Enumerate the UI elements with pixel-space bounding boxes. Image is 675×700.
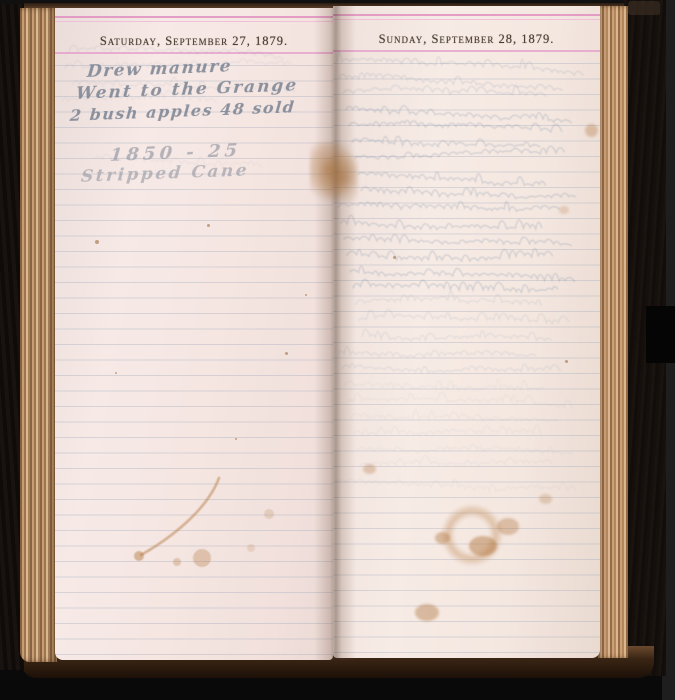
left-page: Saturday, September 27, 1879. Drew manur… xyxy=(55,8,333,660)
stain xyxy=(363,464,376,474)
page-stack-left xyxy=(20,8,57,662)
stain xyxy=(497,518,519,535)
stain xyxy=(539,494,552,504)
stain xyxy=(469,536,497,556)
page-stack-right xyxy=(598,6,628,658)
fox-spot xyxy=(115,372,117,374)
stain xyxy=(441,504,503,566)
fox-spot xyxy=(305,294,307,296)
diary-scan: Saturday, September 27, 1879. Drew manur… xyxy=(0,0,675,700)
book-cover-corner xyxy=(628,1,660,15)
fox-spot xyxy=(207,224,210,227)
stain xyxy=(559,206,569,214)
fox-spot xyxy=(565,360,568,363)
stain xyxy=(585,124,598,137)
stain-gutter xyxy=(310,142,358,202)
stain-marks-left xyxy=(55,8,333,660)
right-page: Sunday, September 28, 1879. xyxy=(333,6,600,658)
stain xyxy=(415,604,439,621)
book-clasp xyxy=(646,306,675,363)
fox-spot xyxy=(95,240,99,244)
fox-spot xyxy=(235,438,237,440)
fox-spot xyxy=(285,352,288,355)
stain xyxy=(435,532,450,544)
fox-spot xyxy=(393,256,396,259)
